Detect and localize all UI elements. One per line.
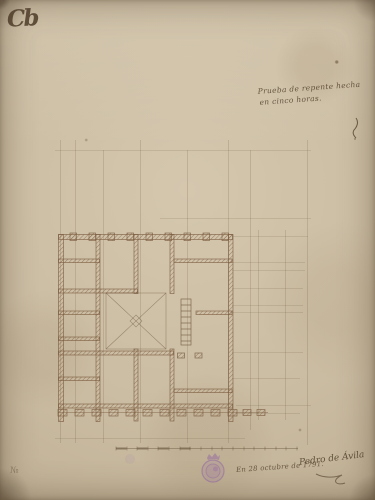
scale-bar bbox=[116, 447, 298, 451]
staircase bbox=[178, 299, 203, 358]
plan-walls bbox=[58, 233, 268, 422]
floor-plan-drawing bbox=[0, 0, 375, 500]
signature-rubric bbox=[316, 474, 345, 484]
scanned-drawing-sheet: Cb Prueba de repente hecha en cinco hora… bbox=[0, 0, 375, 500]
number-mark: № bbox=[10, 466, 19, 476]
courtyard-diagonals bbox=[106, 293, 166, 349]
collection-corner-mark: Cb bbox=[6, 4, 38, 33]
ink-flourish-mark bbox=[353, 118, 357, 140]
stamp-icon bbox=[125, 453, 224, 482]
